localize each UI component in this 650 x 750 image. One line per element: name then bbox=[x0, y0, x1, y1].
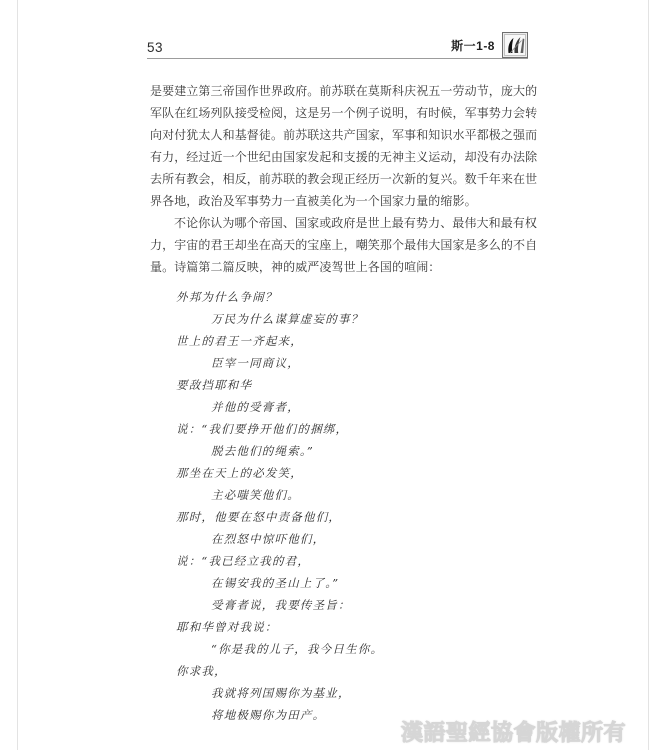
poem-line: 说：“我们要挣开他们的捆绑， bbox=[176, 418, 536, 440]
paragraph-1-line: 军队在红场列队接受检阅，这是另一个例子说明，有时候，军事势力会转 bbox=[150, 102, 540, 124]
poem-line: 世上的君王一齐起来， bbox=[176, 330, 536, 352]
paragraph-1-line: 去所有教会，相反，前苏联的教会现正经历一次新的复兴。数千年来在世 bbox=[150, 168, 540, 190]
poem-line: 脱去他们的绳索。” bbox=[176, 440, 536, 462]
publisher-logo-icon bbox=[502, 32, 528, 58]
poem-line: 要敌挡耶和华 bbox=[176, 374, 536, 396]
paragraph-2-line: 力，宇宙的君王却坐在高天的宝座上，嘲笑那个最伟大国家是多么的不自 bbox=[150, 234, 540, 256]
poem-line: 并他的受膏者， bbox=[176, 396, 536, 418]
page-header: 53 斯一1-8 bbox=[147, 28, 528, 59]
poem-line: 外邦为什么争闹？ bbox=[176, 286, 536, 308]
poem-line: 万民为什么谋算虚妄的事？ bbox=[176, 308, 536, 330]
book-page: 53 斯一1-8 是要建立第三帝国作世界政府。前苏联在莫斯科庆祝五一劳动节，庞大… bbox=[0, 0, 650, 750]
poem-line: “你是我的儿子，我今日生你。 bbox=[176, 638, 536, 660]
poem-line: 受膏者说，我要传圣旨： bbox=[176, 594, 536, 616]
body-text: 是要建立第三帝国作世界政府。前苏联在莫斯科庆祝五一劳动节，庞大的军队在红场列队接… bbox=[150, 80, 540, 278]
chapter-reference: 斯一1-8 bbox=[451, 37, 495, 54]
psalm-quote-block: 外邦为什么争闹？万民为什么谋算虚妄的事？世上的君王一齐起来，臣宰一同商议，要敌挡… bbox=[176, 286, 536, 726]
poem-line: 主必嗤笑他们。 bbox=[176, 484, 536, 506]
poem-line: 臣宰一同商议， bbox=[176, 352, 536, 374]
paragraph-2-line: 量。诗篇第二篇反映，神的威严凌驾世上各国的喧闹： bbox=[150, 256, 540, 278]
poem-line: 在锡安我的圣山上了。” bbox=[176, 572, 536, 594]
copyright-watermark: 漢語聖經協會版權所有 bbox=[401, 716, 626, 747]
poem-line: 你求我， bbox=[176, 660, 536, 682]
scan-edge-right bbox=[648, 0, 649, 750]
paragraph-1-line: 是要建立第三帝国作世界政府。前苏联在莫斯科庆祝五一劳动节，庞大的 bbox=[150, 80, 540, 102]
poem-line: 耶和华曾对我说： bbox=[176, 616, 536, 638]
paragraph-2-line: 不论你认为哪个帝国、国家或政府是世上最有势力、最伟大和最有权 bbox=[150, 212, 540, 234]
poem-line: 那时，他要在怒中责备他们， bbox=[176, 506, 536, 528]
poem-line: 那坐在天上的必发笑， bbox=[176, 462, 536, 484]
header-right: 斯一1-8 bbox=[451, 32, 528, 55]
paragraph-1-line: 界各地，政治及军事势力一直被美化为一个国家力量的缩影。 bbox=[150, 190, 540, 212]
poem-line: 在烈怒中惊吓他们， bbox=[176, 528, 536, 550]
scan-edge-left bbox=[17, 0, 18, 750]
poem-line: 说：“我已经立我的君， bbox=[176, 550, 536, 572]
paragraph-1-line: 向对付犹太人和基督徒。前苏联这共产国家，军事和知识水平都极之强而 bbox=[150, 124, 540, 146]
page-number: 53 bbox=[147, 40, 163, 55]
poem-line: 我就将列国赐你为基业， bbox=[176, 682, 536, 704]
paragraph-1-line: 有力，经过近一个世纪由国家发起和支援的无神主义运动，却没有办法除 bbox=[150, 146, 540, 168]
